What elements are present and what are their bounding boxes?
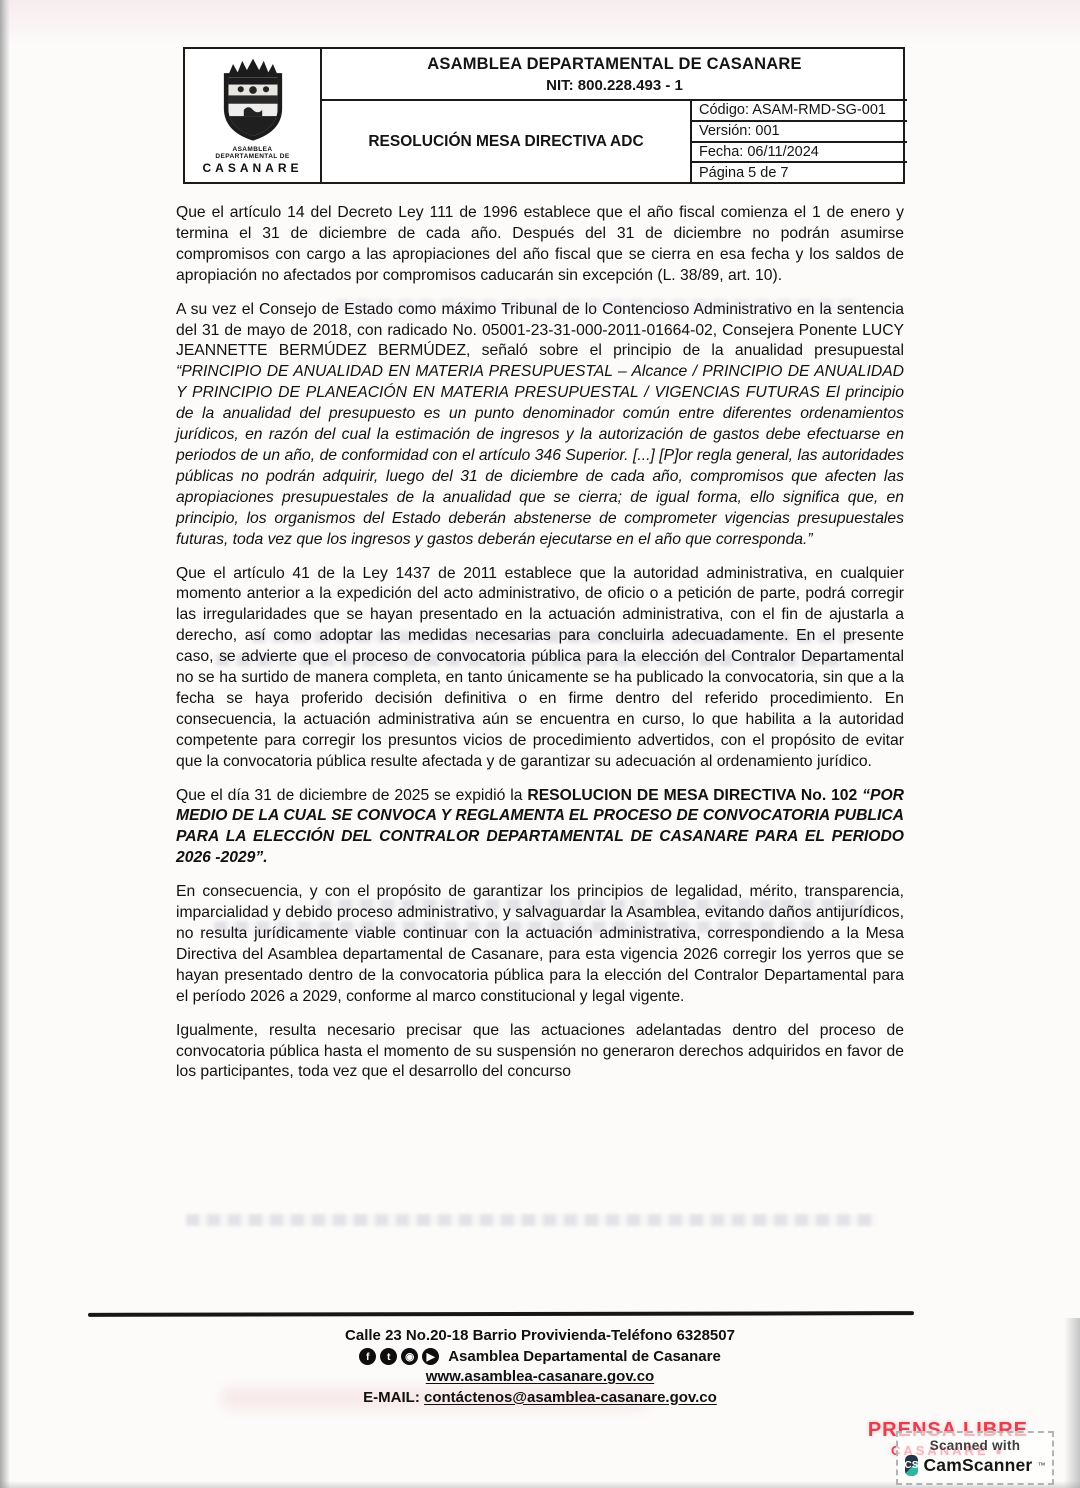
- camscanner-wordmark: CamScanner: [923, 1455, 1032, 1476]
- paragraph-consejo-estado: A su vez el Consejo de Estado como máxim…: [176, 300, 904, 551]
- social-icons: f t ◉ ▶: [359, 1348, 439, 1365]
- document-footer: Calle 23 No.20-18 Barrio Provivienda-Tel…: [0, 1326, 1080, 1408]
- facebook-icon: f: [359, 1348, 376, 1365]
- camscanner-tm: ™: [1037, 1461, 1045, 1470]
- scanned-document-page: ASAMBLEA DEPARTAMENTAL DE CASANARE ASAMB…: [0, 0, 1080, 1488]
- twitter-icon: t: [380, 1348, 397, 1365]
- camscanner-logo-icon: CS: [905, 1455, 919, 1476]
- logo-caption-line3: CASANARE: [202, 162, 302, 175]
- footer-address: Calle 23 No.20-18 Barrio Provivienda-Tel…: [0, 1326, 1080, 1347]
- meta-fecha: Fecha: 06/11/2024: [692, 143, 907, 164]
- paragraph-ley-1437: Que el artículo 41 de la Ley 1437 de 201…: [176, 564, 904, 773]
- logo-caption: ASAMBLEA DEPARTAMENTAL DE CASANARE: [202, 147, 302, 174]
- paragraph-consejo-estado-quote: “PRINCIPIO DE ANUALIDAD EN MATERIA PRESU…: [176, 363, 904, 547]
- meta-codigo: Código: ASAM-RMD-SG-001: [692, 101, 907, 122]
- paragraph-consejo-estado-intro: A su vez el Consejo de Estado como máxim…: [176, 301, 904, 360]
- casanare-crest-icon: [207, 56, 299, 144]
- org-nit: NIT: 800.228.493 - 1: [546, 77, 683, 94]
- camscanner-badge: Scanned with CS CamScanner ™: [896, 1431, 1054, 1485]
- footer-website-link: www.asamblea-casanare.gov.co: [426, 1368, 654, 1385]
- scan-left-edge: [0, 0, 10, 1488]
- footer-org-line: f t ◉ ▶ Asamblea Departamental de Casana…: [0, 1347, 1080, 1368]
- paragraph-resolucion-102-intro: Que el día 31 de diciembre de 2025 se ex…: [176, 787, 527, 804]
- paragraph-en-consecuencia: En consecuencia, y con el propósito de g…: [176, 882, 904, 1007]
- paragraph-resolucion-102: Que el día 31 de diciembre de 2025 se ex…: [176, 786, 904, 870]
- paragraph-igualmente: Igualmente, resulta necesario precisar q…: [176, 1021, 904, 1084]
- org-name: ASAMBLEA DEPARTAMENTAL DE CASANARE: [427, 55, 801, 74]
- paragraph-decreto-111: Que el artículo 14 del Decreto Ley 111 d…: [176, 203, 904, 287]
- logo-cell: ASAMBLEA DEPARTAMENTAL DE CASANARE: [185, 49, 322, 182]
- document-title: RESOLUCIÓN MESA DIRECTIVA ADC: [322, 101, 690, 182]
- footer-divider: [88, 1311, 914, 1317]
- instagram-icon: ◉: [401, 1348, 418, 1365]
- meta-pagina: Página 5 de 7: [692, 163, 907, 182]
- youtube-icon: ▶: [422, 1348, 439, 1365]
- camscanner-scanned-with: Scanned with: [905, 1438, 1045, 1453]
- footer-email-label: E-MAIL:: [363, 1389, 424, 1406]
- document-meta-cell: Código: ASAM-RMD-SG-001 Versión: 001 Fec…: [690, 101, 907, 182]
- document-body: Que el artículo 14 del Decreto Ley 111 d…: [176, 203, 904, 1096]
- footer-email-link: contáctenos@asamblea-casanare.gov.co: [424, 1389, 717, 1406]
- camscanner-brand-row: CS CamScanner ™: [905, 1455, 1045, 1476]
- footer-org-name: Asamblea Departamental de Casanare: [448, 1347, 721, 1368]
- meta-version: Versión: 001: [692, 122, 907, 143]
- paragraph-resolucion-102-name: RESOLUCION DE MESA DIRECTIVA No. 102: [527, 787, 862, 804]
- org-header-cell: ASAMBLEA DEPARTAMENTAL DE CASANARE NIT: …: [322, 49, 907, 101]
- bleed-through-line: [186, 1214, 876, 1226]
- scan-top-tint: [0, 0, 1080, 46]
- logo-caption-line2: DEPARTAMENTAL DE: [202, 154, 302, 161]
- document-header-table: ASAMBLEA DEPARTAMENTAL DE CASANARE ASAMB…: [183, 47, 905, 184]
